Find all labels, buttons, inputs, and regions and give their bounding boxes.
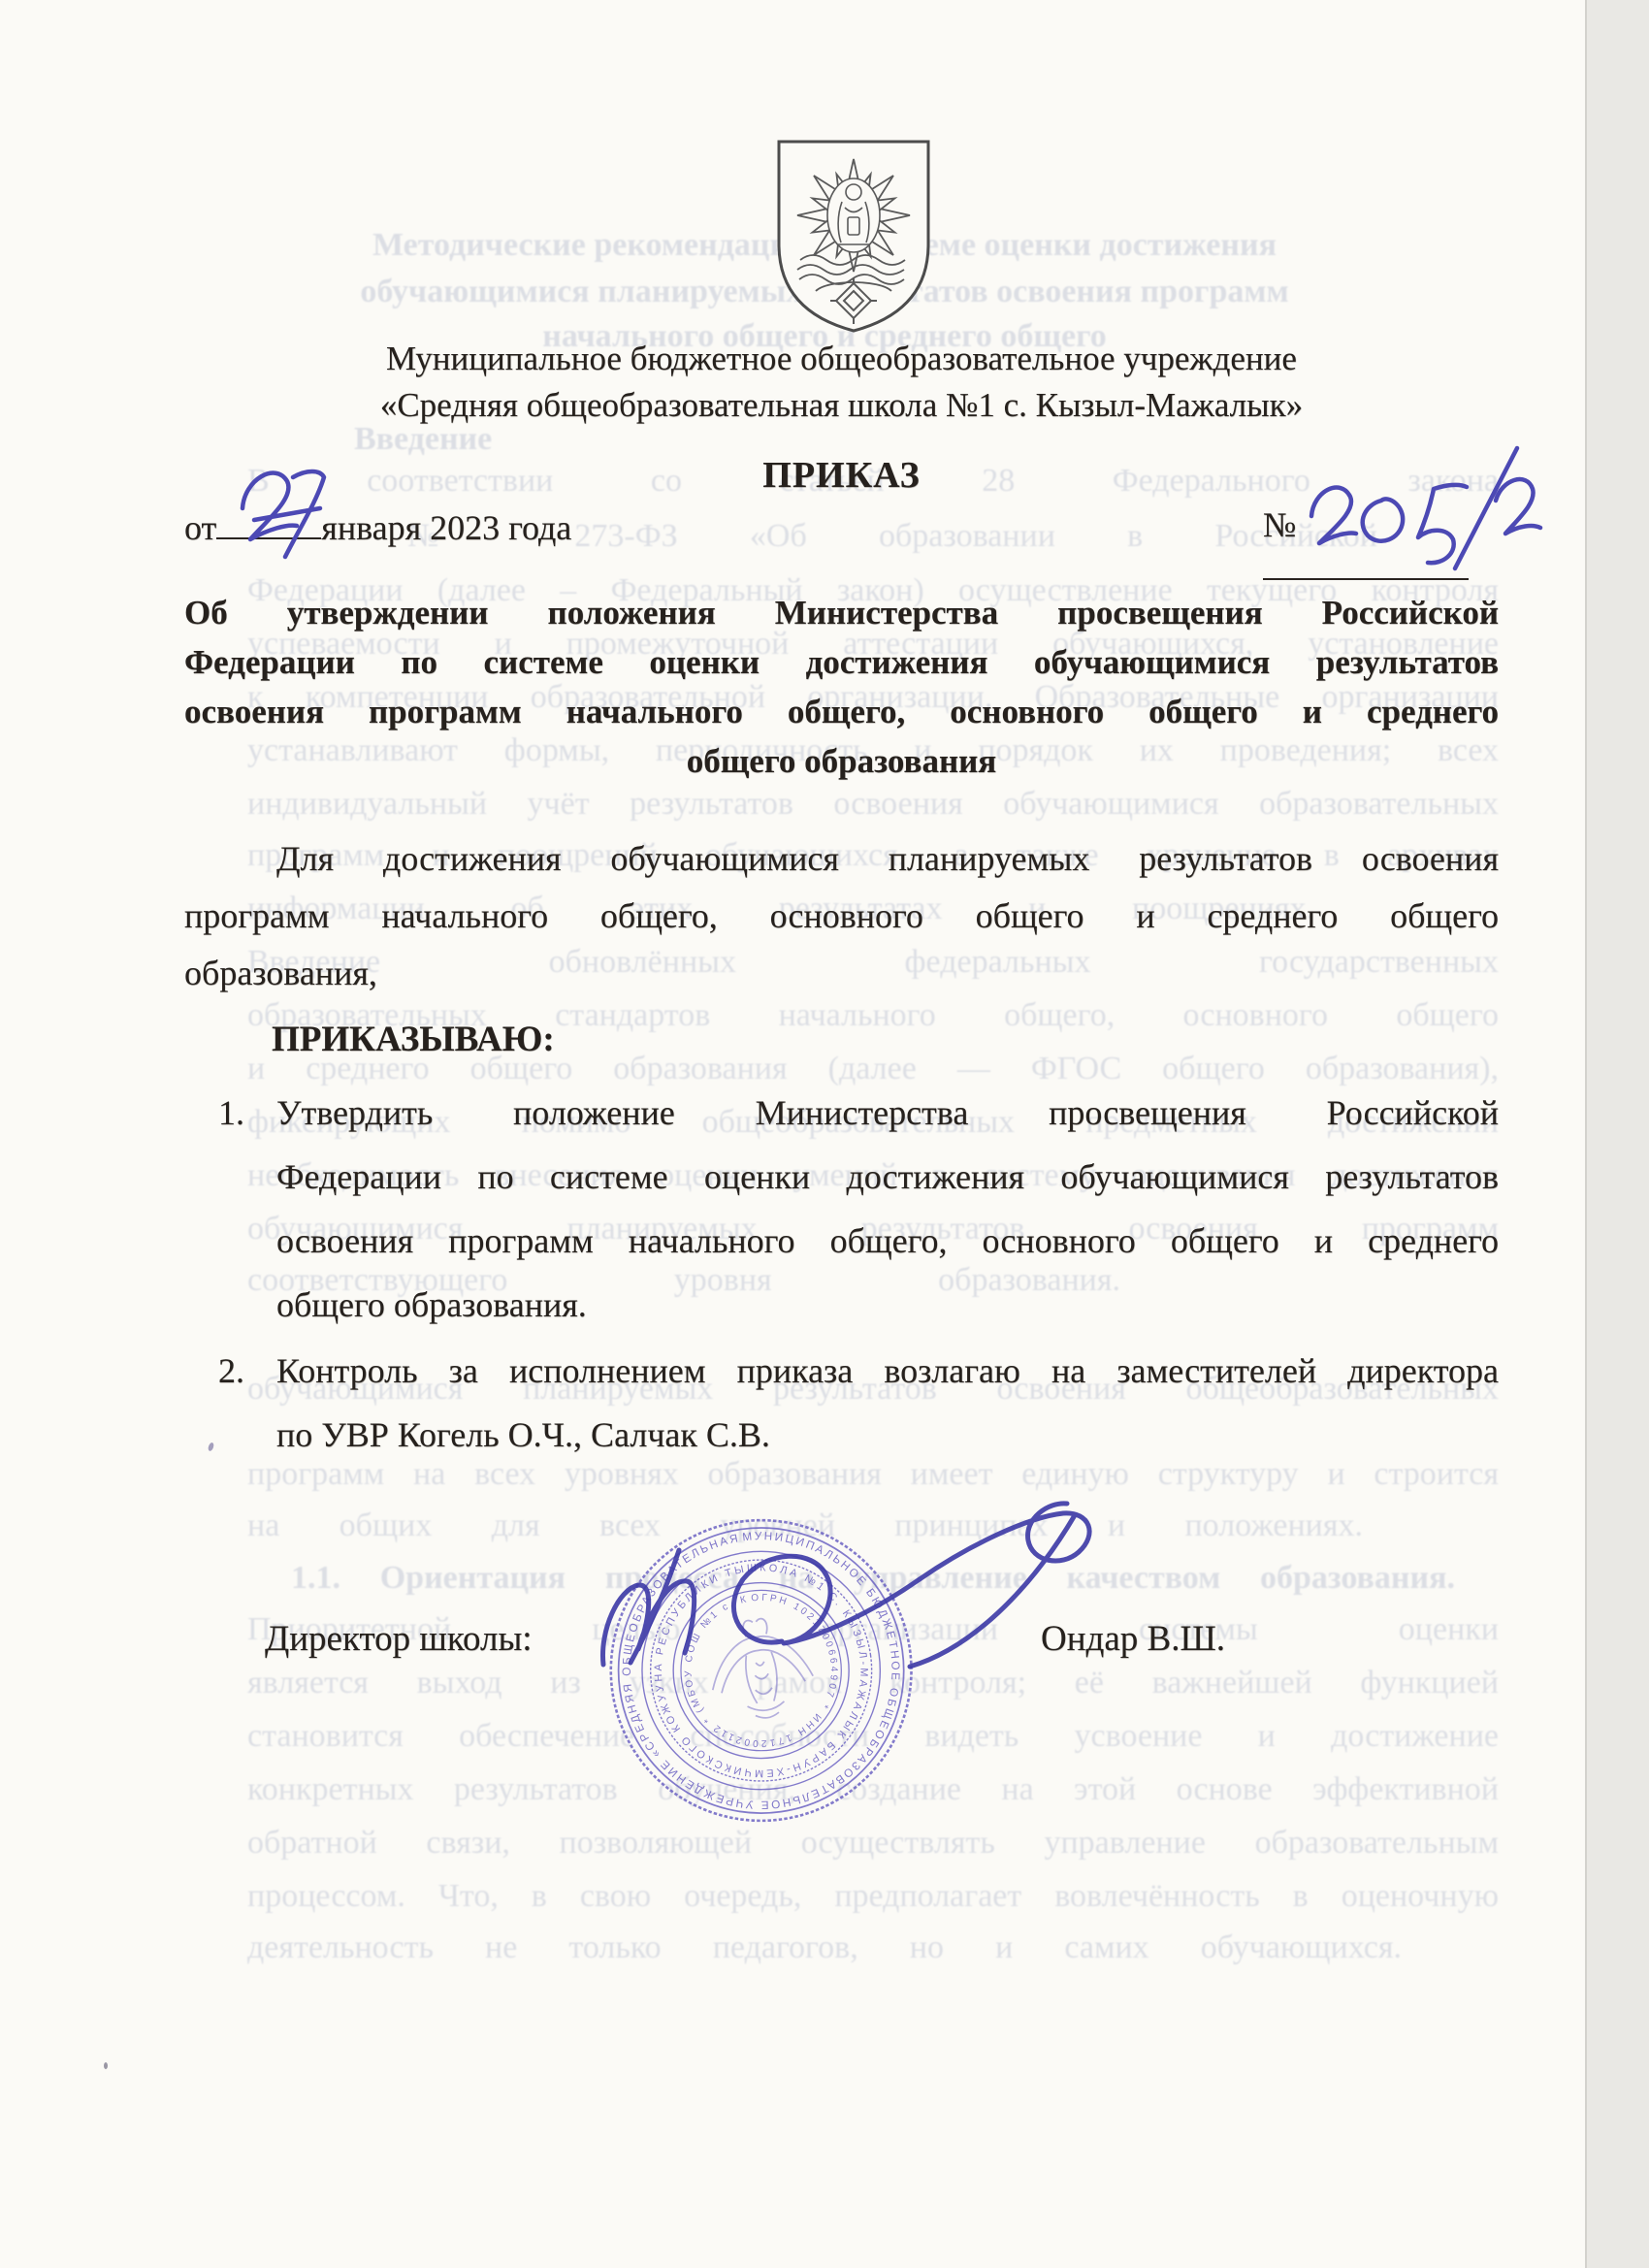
bleed-line: деятельность не только педагогов, но и с…	[247, 1928, 1402, 2006]
scanner-background-edge	[1585, 0, 1649, 2268]
org-name-line2: «Средняя общеобразовательная школа №1 с.…	[184, 382, 1499, 429]
text-line: программ начального общего, основного об…	[184, 895, 1499, 953]
school-stamp: МУНИЦИПАЛЬНОЕ БЮДЖЕТНОЕ ОБЩЕОБРАЗОВАТЕЛЬ…	[558, 1478, 964, 1868]
text-line: освоения программ начального общего, осн…	[276, 1220, 1499, 1284]
order-subject: Об утверждении положения Министерства пр…	[184, 594, 1499, 792]
text-line: Контроль за исполнением приказа возлагаю…	[276, 1350, 1499, 1414]
ink-speck	[104, 2062, 108, 2069]
text-line: Утвердить положение Министерства просвещ…	[276, 1092, 1499, 1156]
text-line: Для достижения обучающимися планируемых …	[184, 838, 1499, 895]
date-prefix: от	[184, 508, 216, 547]
text-line: Федерации по системе оценки достижения о…	[184, 643, 1499, 693]
date-number-row: отянваря 2023 года №	[184, 504, 1499, 555]
stamp-eagle-emblem	[704, 1612, 819, 1725]
item-number: 1.	[218, 1092, 244, 1133]
number-line: №	[1263, 504, 1499, 589]
resolve-word: ПРИКАЗЫВАЮ:	[272, 1019, 854, 1060]
date-line: отянваря 2023 года	[184, 504, 571, 548]
item-number: 2.	[218, 1350, 244, 1391]
text-line: Федерации по системе оценки достижения о…	[276, 1156, 1499, 1220]
organization-name: Муниципальное бюджетное общеобразователь…	[184, 336, 1499, 429]
item-lines: Утвердить положение Министерства просвещ…	[276, 1092, 1499, 1348]
coat-of-arms-emblem	[773, 138, 934, 340]
seated-figure	[827, 178, 880, 252]
item-lines: Контроль за исполнением приказа возлагаю…	[276, 1350, 1499, 1478]
scanned-order-document: Методические рекомендации по системе оце…	[0, 0, 1649, 2268]
ink-speck	[208, 1442, 215, 1451]
text-line: Об утверждении положения Министерства пр…	[184, 594, 1499, 643]
body-paragraph: Для достижения обучающимися планируемых …	[184, 838, 1499, 1010]
signature-name: Ондар В.Ш.	[1041, 1618, 1225, 1660]
document-title: ПРИКАЗ	[184, 454, 1499, 497]
text-line: освоения программ начального общего, осн…	[184, 693, 1499, 742]
number-label: №	[1263, 505, 1296, 544]
org-name-line1: Муниципальное бюджетное общеобразователь…	[184, 336, 1499, 382]
number-blank-underline	[1263, 545, 1469, 580]
date-suffix: января 2023 года	[321, 508, 571, 547]
signature-role: Директор школы:	[265, 1618, 533, 1660]
date-blank-underline	[216, 504, 321, 539]
